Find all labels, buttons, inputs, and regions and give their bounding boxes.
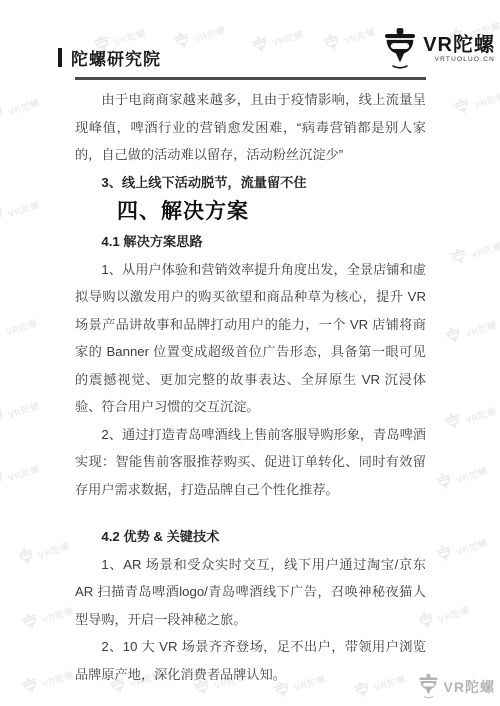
paragraph-4-1-item-2: 2、通过打造青岛啤酒线上售前客服导购形象，青岛啤酒实现：智能售前客服推荐购买、促… bbox=[75, 421, 426, 504]
logo-name: VR陀螺 bbox=[423, 34, 495, 56]
watermark-tile: VR陀螺 bbox=[441, 314, 499, 350]
logo-domain: VRTUOLUO.CN bbox=[435, 56, 495, 64]
spinning-top-icon bbox=[248, 34, 273, 59]
spinning-top-icon bbox=[441, 325, 466, 350]
watermark-tile: VR陀螺 bbox=[170, 19, 228, 55]
corner-watermark-label: VR陀螺 bbox=[444, 677, 495, 697]
watermark-tile: VR陀螺 bbox=[432, 460, 490, 496]
watermark-tile: VR陀螺 bbox=[0, 194, 42, 230]
vr-tuoluo-logo: VR陀螺 VRTUOLUO.CN bbox=[380, 28, 495, 70]
watermark-label: VR陀螺 bbox=[40, 667, 75, 689]
watermark-label: VR陀螺 bbox=[192, 22, 227, 44]
watermark-label: VR陀螺 bbox=[6, 398, 41, 420]
spinning-top-icon bbox=[447, 246, 472, 271]
watermark-label: VR陀螺 bbox=[40, 603, 75, 625]
watermark-tile: VR陀螺 bbox=[441, 400, 499, 436]
watermark-label: VR陀螺 bbox=[469, 238, 500, 260]
watermark-tile: VR陀螺 bbox=[14, 535, 72, 571]
logo-text-block: VR陀螺 VRTUOLUO.CN bbox=[423, 34, 495, 64]
spinning-top-icon bbox=[432, 543, 457, 568]
spinning-top-icon bbox=[441, 411, 466, 436]
title-accent-bar bbox=[58, 48, 62, 67]
watermark-label: VR陀螺 bbox=[342, 24, 377, 46]
watermark-label: VR陀螺 bbox=[463, 403, 498, 425]
watermark-label: VR陀螺 bbox=[436, 602, 471, 624]
watermark-label: VR陀螺 bbox=[36, 538, 71, 560]
section-title-4: 四、解决方案 bbox=[75, 196, 426, 228]
watermark-label: VR陀螺 bbox=[6, 461, 41, 483]
spinning-top-icon bbox=[0, 469, 9, 494]
paragraph-intro: 由于电商商家越来越多，且由于疫情影响，线上流量呈现峰值，啤酒行业的营销愈发困难，… bbox=[75, 86, 426, 169]
spinning-top-icon bbox=[170, 30, 195, 55]
watermark-label: VR陀螺 bbox=[472, 88, 500, 110]
watermark-label: VR陀螺 bbox=[270, 26, 305, 48]
watermark-label: VR陀螺 bbox=[463, 317, 498, 339]
page-title-label: 陀螺研究院 bbox=[71, 45, 161, 70]
spinning-top-icon bbox=[0, 323, 7, 348]
heading-point-3: 3、线上线下活动脱节，流量留不住 bbox=[75, 169, 426, 197]
watermark-tile: VR陀螺 bbox=[0, 312, 40, 348]
document-page: VR陀螺VR陀螺VR陀螺VR陀螺VR陀螺VR陀螺VR陀螺VR陀螺VR陀螺VR陀螺… bbox=[0, 0, 500, 706]
spinning-top-icon bbox=[14, 546, 39, 571]
spinning-top-icon bbox=[0, 205, 9, 230]
watermark-tile: VR陀螺 bbox=[450, 85, 500, 121]
watermark-tile: VR陀螺 bbox=[0, 395, 42, 431]
heading-4-1: 4.1 解决方案思路 bbox=[75, 228, 426, 256]
paragraph-4-1-item-1: 1、从用户体验和营销效率提升角度出发，全景店铺和虚拟导购以激发用户的购买欲望和商… bbox=[75, 256, 426, 421]
watermark-tile: VR陀螺 bbox=[0, 92, 42, 128]
spinning-top-icon bbox=[0, 103, 9, 128]
paragraph-4-2-item-2: 2、10 大 VR 场景齐齐登场，足不出户，带领用户浏览品牌原产地，深化消费者品… bbox=[75, 633, 426, 688]
page-title: 陀螺研究院 bbox=[58, 45, 161, 70]
paragraph-4-2-item-1: 1、AR 场景和受众实时交互，线下用户通过淘宝/京东 AR 扫描青岛啤酒logo… bbox=[75, 551, 426, 634]
watermark-tile: VR陀螺 bbox=[0, 458, 42, 494]
watermark-label: VR陀螺 bbox=[454, 463, 489, 485]
watermark-tile: VR陀螺 bbox=[18, 664, 76, 700]
spinning-top-icon bbox=[380, 28, 420, 70]
spinning-top-icon bbox=[18, 675, 43, 700]
spinning-top-icon bbox=[18, 611, 43, 636]
document-body: 由于电商商家越来越多，且由于疫情影响，线上流量呈现峰值，啤酒行业的营销愈发困难，… bbox=[75, 86, 426, 688]
watermark-label: VR陀螺 bbox=[454, 535, 489, 557]
watermark-tile: VR陀螺 bbox=[447, 235, 500, 271]
watermark-label: VR陀螺 bbox=[6, 197, 41, 219]
header-divider bbox=[75, 77, 426, 80]
watermark-tile: VR陀螺 bbox=[18, 600, 76, 636]
watermark-tile: VR陀螺 bbox=[320, 21, 378, 57]
watermark-label: VR陀螺 bbox=[4, 315, 39, 337]
heading-4-2: 4.2 优势 & 关键技术 bbox=[75, 523, 426, 551]
spinning-top-icon bbox=[416, 674, 441, 699]
spinning-top-icon bbox=[320, 32, 345, 57]
spinning-top-icon bbox=[0, 406, 9, 431]
watermark-tile: VR陀螺 bbox=[432, 532, 490, 568]
watermark-label: VR陀螺 bbox=[6, 95, 41, 117]
spinning-top-icon bbox=[432, 471, 457, 496]
corner-watermark: VR陀螺 bbox=[416, 674, 495, 699]
watermark-tile: VR陀螺 bbox=[248, 23, 306, 59]
spinning-top-icon bbox=[450, 96, 475, 121]
